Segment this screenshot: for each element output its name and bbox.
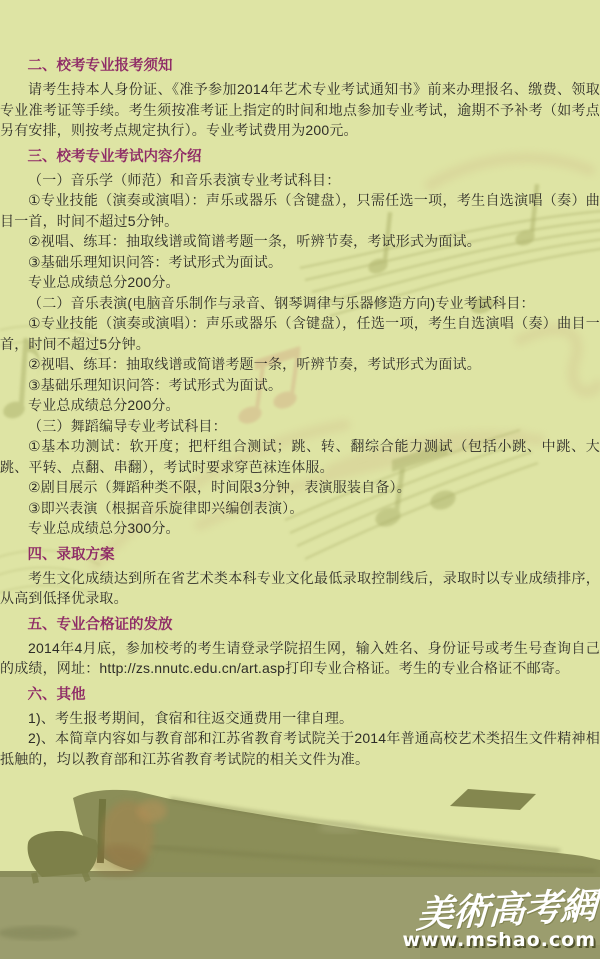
paragraph: 专业总成绩总分300分。 [0,518,600,539]
section-heading-6: 六、其他 [0,685,600,706]
notice-page: 二、校考专业报考须知 请考生持本人身份证、《准予参加2014年艺术专业考试通知书… [0,0,600,959]
paragraph: 专业总成绩总分200分。 [0,395,600,416]
paragraph: ①专业技能（演奏或演唱）：声乐或器乐（含键盘），只需任选一项，考生自选演唱（奏）… [0,190,600,231]
section-exam-content-intro: 三、校考专业考试内容介绍 （一）音乐学（师范）和音乐表演专业考试科目： ①专业技… [0,147,600,539]
section-others: 六、其他 1)、考生报考期间，食宿和往返交通费用一律自理。 2)、本简章内容如与… [0,685,600,770]
paragraph: ①专业技能（演奏或演唱）：声乐或器乐（含键盘），任选一项，考生自选演唱（奏）曲目… [0,313,600,354]
paragraph: 考生文化成绩达到所在省艺术类本科专业文化最低录取控制线后，录取时以专业成绩排序，… [0,568,600,609]
site-logo-calligraphy: 美術高考網 [402,886,597,934]
paragraph: 2)、本简章内容如与教育部和江苏省教育考试院关于2014年普通高校艺术类招生文件… [0,728,600,769]
section-heading-2: 二、校考专业报考须知 [0,56,600,77]
paragraph: ①基本功测试：软开度；把杆组合测试；跳、转、翻综合能力测试（包括小跳、中跳、大跳… [0,436,600,477]
paragraph: ②视唱、练耳：抽取线谱或简谱考题一条，听辨节奏，考试形式为面试。 [0,231,600,252]
paragraph: ②剧目展示（舞蹈种类不限，时间限3分钟，表演服装自备）。 [0,477,600,498]
piano-brand-smudge [0,926,78,940]
paragraph: 专业总成绩总分200分。 [0,272,600,293]
paragraph: ③基础乐理知识问答：考试形式为面试。 [0,252,600,273]
paragraph: （二）音乐表演(电脑音乐制作与录音、钢琴调律与乐器修造方向)专业考试科目： [0,293,600,314]
site-watermark: 美術高考網 www.mshao.com [403,891,597,951]
paragraph: （三）舞蹈编导专业考试科目： [0,416,600,437]
paragraph: ③即兴表演（根据音乐旋律即兴编创表演）。 [0,498,600,519]
piano-stool [28,831,98,877]
section-registration-notice: 二、校考专业报考须知 请考生持本人身份证、《准予参加2014年艺术专业考试通知书… [0,56,600,141]
section-heading-5: 五、专业合格证的发放 [0,615,600,636]
paragraph: 2014年4月底，参加校考的考生请登录学院招生网，输入姓名、身份证号或考生号查询… [0,638,600,679]
section-admission-plan: 四、录取方案 考生文化成绩达到所在省艺术类本科专业文化最低录取控制线后，录取时以… [0,545,600,609]
piano-lid-corner [450,789,536,810]
paragraph: ③基础乐理知识问答：考试形式为面试。 [0,375,600,396]
paragraph: 请考生持本人身份证、《准予参加2014年艺术专业考试通知书》前来办理报名、缴费、… [0,79,600,141]
piano-photo: 美術高考網 www.mshao.com [0,787,600,959]
paragraph: （一）音乐学（师范）和音乐表演专业考试科目： [0,170,600,191]
section-certificate-issue: 五、专业合格证的发放 2014年4月底，参加校考的考生请登录学院招生网，输入姓名… [0,615,600,679]
paragraph: ②视唱、练耳：抽取线谱或简谱考题一条，听辨节奏，考试形式为面试。 [0,354,600,375]
section-heading-4: 四、录取方案 [0,545,600,566]
section-heading-3: 三、校考专业考试内容介绍 [0,147,600,168]
paragraph: 1)、考生报考期间，食宿和往返交通费用一律自理。 [0,708,600,729]
notice-content: 二、校考专业报考须知 请考生持本人身份证、《准予参加2014年艺术专业考试通知书… [0,50,600,769]
